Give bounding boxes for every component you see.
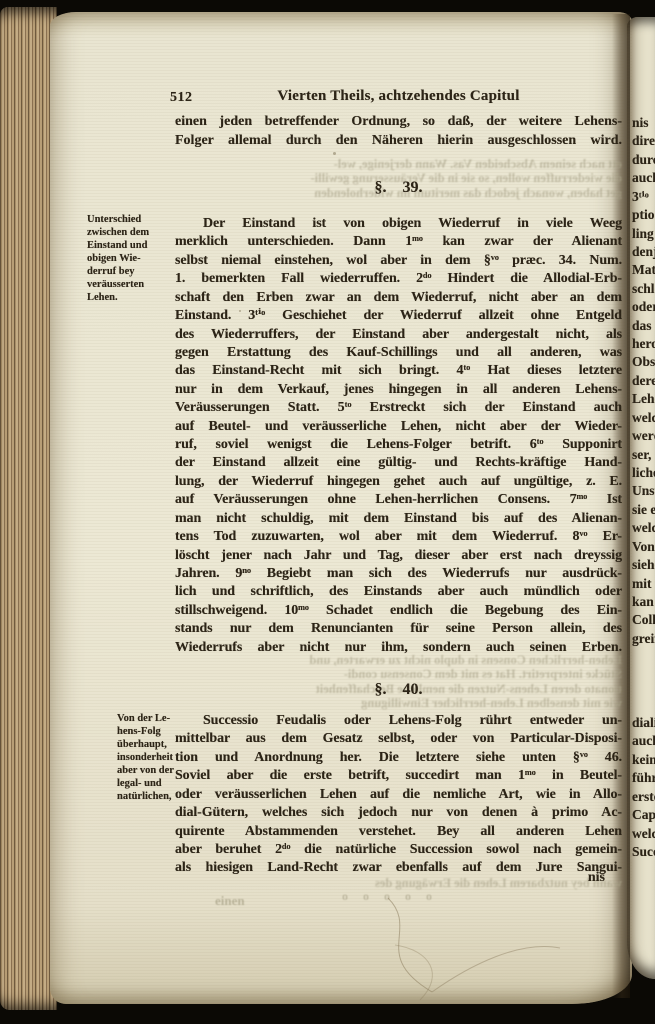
next-page-line: sie e xyxy=(632,501,655,519)
text-line: einen jeden betreffender Ordnung, so daß… xyxy=(175,112,622,131)
text-line: Soviel aber die erste betrift, succedirt… xyxy=(175,767,622,785)
next-page-line: hero xyxy=(632,335,655,353)
text-line: des Wiederruffers, der Einstand aber and… xyxy=(175,326,622,344)
paper-speck xyxy=(239,310,241,312)
next-page-line: dire xyxy=(632,132,655,150)
next-page-line: welch xyxy=(632,519,655,537)
margin-note-line: derruf bey xyxy=(87,265,175,278)
next-page-line: das xyxy=(632,317,655,335)
text-line: stands nur dem Renuncianten für seine Pe… xyxy=(175,620,622,638)
bleedthrough-line: Stücke interpretirt. Hat es mit dem Cons… xyxy=(175,667,622,681)
next-page-line: Mat xyxy=(632,261,655,279)
section-39-body: Der Einstand ist von obigen Wiederruf in… xyxy=(175,215,622,657)
next-page-line: oder xyxy=(632,298,655,316)
paper-speck xyxy=(333,152,336,155)
text-line: löscht jener nach Jahr und Tag, dieser a… xyxy=(175,547,622,565)
text-line: stillschweigend. 10ᵐᵒ Schadet endlich di… xyxy=(175,602,622,620)
margin-note-line: hens-Folg xyxy=(117,725,183,738)
next-page-line: ling xyxy=(632,225,655,243)
margin-note-line: insonderheit xyxy=(117,751,183,764)
text-line: Einstand. 3ᵗⁱᵒ Geschiehet der Wiederruf … xyxy=(175,307,622,325)
bleedthrough-word: einen xyxy=(215,893,245,909)
next-page-line: auch xyxy=(632,732,655,750)
next-page-line: erste xyxy=(632,788,655,806)
text-line: man nicht schuldig, mit dem Einstand bis… xyxy=(175,510,622,528)
book-photo: ett nach seinem Abscheiden Vas. Wann der… xyxy=(0,0,655,1024)
next-page-line: führt xyxy=(632,769,655,787)
next-page-line: Lehe xyxy=(632,390,655,408)
margin-note-line: Unterschied xyxy=(87,213,175,226)
next-page-line: deren xyxy=(632,372,655,390)
text-line: ruf, soviel wenigst die Lehens-Folger be… xyxy=(175,436,622,454)
text-line: mittelbar aus dem Gesatz selbst, oder vo… xyxy=(175,730,622,748)
next-page-line: kein xyxy=(632,751,655,769)
next-page-line: denj xyxy=(632,243,655,261)
page-edge-stack xyxy=(0,7,57,1010)
text-line: nur in dem Verkauf, jenes hingegen in al… xyxy=(175,381,622,399)
intro-paragraph: einen jeden betreffender Ordnung, so daß… xyxy=(175,112,622,150)
running-header: Vierten Theils, achtzehendes Capitul xyxy=(175,88,622,105)
text-line: aber beruhet 2ᵈᵒ die natürliche Successi… xyxy=(175,841,622,859)
margin-note-line: aber von der xyxy=(117,764,183,777)
next-page-line: durc xyxy=(632,151,655,169)
text-line: gegen Erstattung des Kauf-Schillings und… xyxy=(175,344,622,362)
text-line: Veräusserungen Statt. 5ᵗᵒ Erstreckt sich… xyxy=(175,399,622,417)
margin-note-line: veräusserten xyxy=(87,278,175,291)
margin-note-line: überhaupt, xyxy=(117,738,183,751)
text-line: tens Tod zuzuwarten, wol aber mit dem Wi… xyxy=(175,528,622,546)
section-39-margin-note: Unterschiedzwischen demEinstand undobige… xyxy=(87,213,175,304)
text-line: schaft den Erben zwar an dem Wiederruf, … xyxy=(175,289,622,307)
margin-note-line: Lehen. xyxy=(87,291,175,304)
text-line: tion und Anordnung her. Die letztere sie… xyxy=(175,749,622,767)
text-line: lung, der Wiederruf hingegen gehet auch … xyxy=(175,473,622,491)
next-page-line: liche xyxy=(632,464,655,482)
text-line: lich und schriftlich, des Einstands aber… xyxy=(175,583,622,601)
text-line: das Einstand-Recht mit sich bringt. 4ᵗᵒ … xyxy=(175,362,622,380)
next-page-line: ptio xyxy=(632,206,655,224)
section-40-heading: §. 40. xyxy=(175,681,622,699)
next-page-line: siehe xyxy=(632,556,655,574)
next-page-line: 3ᵗⁱᵒ xyxy=(632,188,655,206)
next-page-line: auch xyxy=(632,169,655,187)
catchword: nis xyxy=(175,870,605,886)
section-40-body: Successio Feudalis oder Lehens-Folg rühr… xyxy=(175,712,622,878)
next-page-text-fragments: dialiauchkeinführtersteCap:welchSucc xyxy=(632,714,655,861)
text-line: auf Beutel- und veräusserliche Lehen, ni… xyxy=(175,418,622,436)
margin-note-line: Von der Le- xyxy=(117,712,183,725)
bleedthrough-ornament: o o o o o xyxy=(325,889,455,904)
margin-note-line: natürlichen, xyxy=(117,790,183,803)
text-line: Jahren. 9ⁿᵒ Begiebt man sich des Wiederr… xyxy=(175,565,622,583)
text-line: Folger allemal durch den Näheren hierin … xyxy=(175,131,622,150)
next-page-line: diali xyxy=(632,714,655,732)
next-page-line: greif xyxy=(632,630,655,648)
next-page-line: ser, xyxy=(632,446,655,464)
margin-note-line: zwischen dem xyxy=(87,226,175,239)
section-40-margin-note: Von der Le-hens-Folgüberhaupt,insonderhe… xyxy=(117,712,183,803)
next-page-line: welch xyxy=(632,825,655,843)
bleedthrough-line: ett nach seinem Abscheiden Vas. Wann der… xyxy=(175,157,622,171)
next-page-line: Obs xyxy=(632,353,655,371)
next-page-line: Succ xyxy=(632,843,655,861)
next-page-line: mit i xyxy=(632,575,655,593)
text-line: oder veräusserlichen Lehen auf die nemli… xyxy=(175,786,622,804)
next-page-line: schlo xyxy=(632,280,655,298)
text-line: dial-Gütern, welches sich jedoch nur von… xyxy=(175,804,622,822)
text-line: Successio Feudalis oder Lehens-Folg rühr… xyxy=(175,712,622,730)
next-page-line: Von xyxy=(632,538,655,556)
next-page-text-fragments: nisdiredurcauch3ᵗⁱᵒptiolingdenjMatschloo… xyxy=(632,114,655,648)
next-page-line: kan xyxy=(632,593,655,611)
margin-note-line: legal- und xyxy=(117,777,183,790)
next-page-line: nis xyxy=(632,114,655,132)
text-line: Wiederrufs aber nicht nur ihm, sondern a… xyxy=(175,639,622,657)
text-line: selbst niemal einstehen, wol aber in dem… xyxy=(175,252,622,270)
text-line: merklich unterschieden. Dann 1ᵐᵒ kan zwa… xyxy=(175,233,622,251)
next-page-line: welch xyxy=(632,409,655,427)
text-line: Der Einstand ist von obigen Wiederruf in… xyxy=(175,215,622,233)
paper-speck xyxy=(452,828,454,831)
section-39-heading: §. 39. xyxy=(175,179,622,197)
next-page-line: werd xyxy=(632,427,655,445)
next-page-line: Unst xyxy=(632,482,655,500)
text-line: 1. bemerkten Fall wiederruffen. 2ᵈᵒ Hind… xyxy=(175,270,622,288)
margin-note-line: obigen Wie- xyxy=(87,252,175,265)
text-line: der Einstand allzeit eine gültig- und Re… xyxy=(175,454,622,472)
text-line: quirente Abstammenden verstehet. Bey all… xyxy=(175,823,622,841)
next-page-line: Cap: xyxy=(632,806,655,824)
text-line: auf Veräusserungen ohne Lehen-herrlichen… xyxy=(175,491,622,509)
margin-note-line: Einstand und xyxy=(87,239,175,252)
next-page-line: Coll xyxy=(632,611,655,629)
